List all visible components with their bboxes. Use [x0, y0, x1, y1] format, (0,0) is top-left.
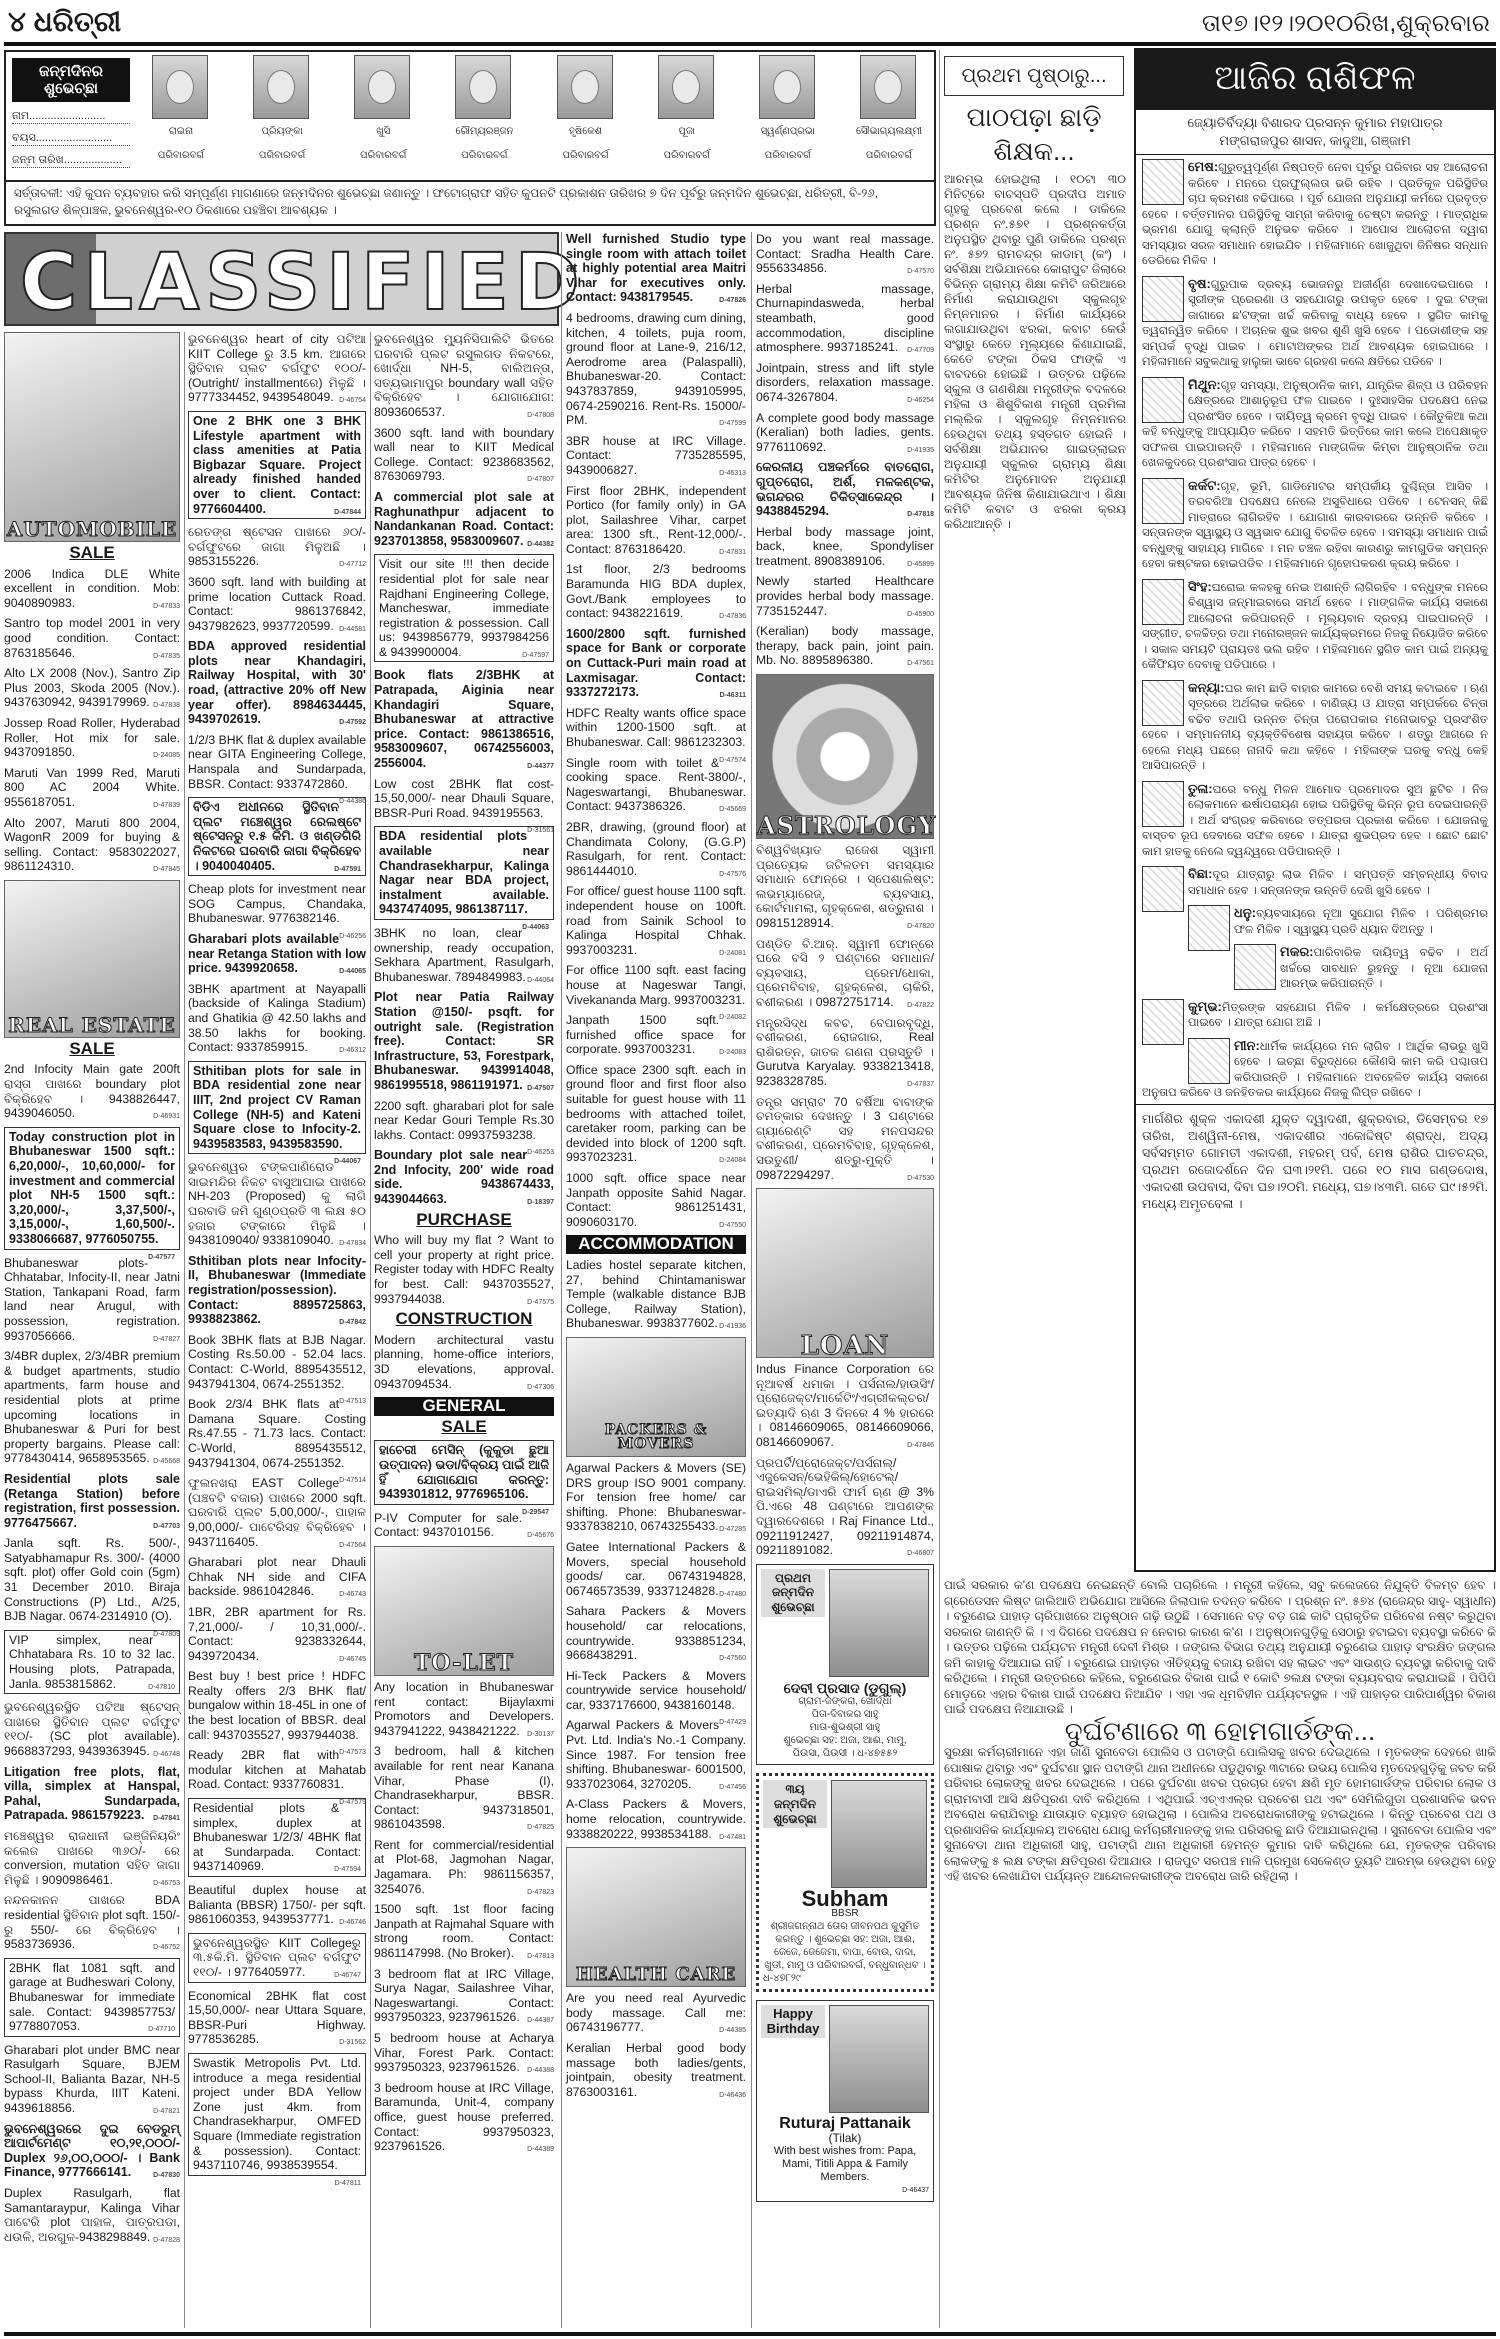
- ad-code: D-46312: [339, 1044, 366, 1059]
- ad-code: D-44065: [339, 965, 366, 980]
- ad-code: D-47592: [339, 716, 366, 731]
- classified-ad: Plot near Patia Railway Station @150/- p…: [374, 990, 554, 1092]
- classified-ad: Litigation free plots, flat, villa, simp…: [4, 1765, 180, 1823]
- ad-code: D-41935: [907, 444, 934, 459]
- classified-ad: Low cost 2BHK flat cost-15,50,000/- near…: [374, 777, 554, 821]
- zodiac-icon: [1188, 1038, 1230, 1084]
- ad-text: 1/2/3 BHK flat & duplex available near G…: [188, 733, 366, 791]
- ad-code: D-44386: [339, 795, 366, 810]
- ad-text: 3/4BR duplex, 2/3/4BR premium & budget a…: [4, 1349, 180, 1465]
- issue-date: ତା୧୭।୧୨।୨୦୧୦ରିଖ,ଶୁକ୍ରବାର: [1202, 10, 1490, 38]
- column-divider: [370, 332, 371, 2328]
- child-photo: [152, 55, 208, 119]
- wish-name: ଦେବୀ ପ୍ରସାଦ (ଡୁଗୁଲ୍): [761, 1681, 929, 1696]
- classified-ad: Sahara Packers & Movers household/ car r…: [566, 1604, 746, 1662]
- ad-code: D-24084: [719, 1154, 746, 1169]
- wish-line: ମାତା-ଶୁଭଶ୍ରୀ ସାହୁ: [761, 1721, 929, 1734]
- section-head-sale: SALE: [4, 546, 180, 561]
- ad-text: Best buy ! best price ! HDFC Realty offe…: [188, 1669, 366, 1741]
- child-card: ସୌଭାଗ୍ୟଲକ୍ଷ୍ମୀ ପରିବାରବର୍ଗ: [850, 52, 930, 180]
- column-divider: [939, 50, 940, 2328]
- ad-code: D-47835: [153, 650, 180, 665]
- ad-code: D-47836: [719, 610, 746, 625]
- ad-code: D-47709: [907, 344, 934, 359]
- ad-text: Janla sqft. Rs. 500/-, Satyabhamapur Rs.…: [4, 1536, 180, 1623]
- ad-code: D-46256: [339, 930, 366, 945]
- sign-text: ଘର କାମ ଛାଡି ବାହାର କାମରେ ବେଶି ସମୟ କଟାଇବେ …: [1142, 683, 1488, 773]
- ad-code: D-45669: [719, 803, 746, 818]
- classified-ad: 3/4BR duplex, 2/3/4BR premium & budget a…: [4, 1349, 180, 1466]
- child-name: ରାଇନା: [146, 126, 216, 137]
- ad-code: D-44385: [719, 2024, 746, 2039]
- ad-code: D-47507: [527, 1082, 554, 1097]
- classified-ad: ବିଶ୍ୱବିଖ୍ୟାତ ରାଜେଶ ସ୍ୱାମୀ ପ୍ରତ୍ୟେକ ଜଟିଳତ…: [756, 843, 934, 931]
- ad-code: D-47842: [339, 1316, 366, 1331]
- ad-code: D-24083: [719, 1046, 746, 1061]
- child-family: ପରିବାରବର୍ଗ: [854, 150, 924, 161]
- ad-code: D-47570: [907, 265, 934, 280]
- ad-text: Office space 2300 sqft. each in ground f…: [566, 1063, 746, 1165]
- ad-code: D-47820: [907, 920, 934, 935]
- classified-ad: 2BHK flat 1081 sqft. and garage at Budhe…: [4, 1958, 180, 2037]
- coupon-terms: ସର୍ତ୍ତାବଳୀ: ଏହି କୁପନ ବ୍ୟବହାର କରି ସମ୍ପୂର୍…: [4, 180, 936, 226]
- ad-code: D-47825: [527, 1821, 554, 1836]
- wish-line: (Tilak): [761, 2132, 929, 2145]
- classified-ad: Who will buy my flat ? Want to cell your…: [374, 1233, 554, 1306]
- classified-ad: ପଣ୍ଡିତ ବି.ଆର୍. ସ୍ୱାମୀ ଫୋନ୍‌ରେ ଘରେ ବସି ୨ …: [756, 937, 934, 1010]
- automobile-image: AUTOMOBILE: [4, 332, 180, 542]
- classified-ad: Agarwal Packers & Movers (SE) DRS group …: [566, 1461, 746, 1534]
- ad-text: ବିଶ୍ୱବିଖ୍ୟାତ ରାଜେଶ ସ୍ୱାମୀ ପ୍ରତ୍ୟେକ ଜଟିଳତ…: [756, 843, 934, 930]
- footer-divider: [4, 2332, 1496, 2336]
- ad-text: HDFC Realty wants office space within 12…: [566, 706, 746, 749]
- classified-ad: Jossep Road Roller, Hyderabad Roller, Ho…: [4, 716, 180, 760]
- horoscope-sign: ମୀନ:ଧାର୍ମିକ କାର୍ଯ୍ୟରେ ମନ ଲାଗିବ । ଆର୍ଥିକ …: [1136, 1034, 1494, 1104]
- birthday-wish-card: Happy Birthday Ruturaj Pattanaik (Tilak)…: [756, 2000, 934, 2202]
- horoscope-sign: ତୁଳା:ଘରେ ବନ୍ଧୁ ମିଳନ ଆମୋଦ ପ୍ରମୋଦର ସୁଅ ଛୁଟ…: [1136, 777, 1494, 863]
- classified-ad: 3600 sqft. land with building at prime l…: [188, 575, 366, 633]
- child-name: ପୂଜା: [652, 126, 722, 137]
- ad-code: D-47810: [148, 1681, 175, 1696]
- classified-ad: Newly started Healthcare provides herbal…: [756, 574, 934, 618]
- classified-column-3: ଭୁବନେଶ୍ୱର ମ୍ୟୁନିସିପାଲିଟି ଭିତରେ ଘରବାରି ପ୍…: [374, 332, 554, 2160]
- ad-text: 4 bedrooms, drawing cum dining, kitchen,…: [566, 311, 746, 427]
- panchang: ମାର୍ଗଶିର ଶୁକ୍ଳ ଏକାଦଶୀ ଯୁକ୍ତ ଦ୍ୱାଦଶୀ, ଶୁକ…: [1136, 1104, 1494, 1219]
- sign-name: ମେଷ:: [1188, 159, 1218, 174]
- child-photo: [557, 55, 613, 119]
- ad-text: 2200 sqft. gharabari plot for sale near …: [374, 1099, 554, 1142]
- ad-code: D-46311: [720, 689, 746, 704]
- horoscope-sign: କୁମ୍ଭ:ମିତ୍ରଙ୍କ ସହଯୋଗ ମିଳିବ । କର୍ମକ୍ଷେତ୍ର…: [1136, 995, 1494, 1034]
- section-head-general: GENERAL: [374, 1397, 554, 1416]
- horoscope-title: ଆଜିର ରାଶିଫଳ: [1134, 48, 1496, 108]
- ad-code: D-46753: [153, 1877, 180, 1892]
- ad-code: D-47807: [527, 473, 554, 488]
- child-family: ପରିବାରବର୍ଗ: [348, 150, 418, 161]
- birthday-wish-card: ୩ୟ ଜନ୍ମଦିନ ଶୁଭେଚ୍ଛା Subham BBSR ଶ୍ରୀଜଗନ୍…: [756, 1773, 934, 1992]
- classified-ad: ମନ୍ତ୍ରସିଦ୍ଧ କବଚ, ବେପାରବୃଦ୍ଧି, ବଶୀକରଣ, ରୋ…: [756, 1016, 934, 1089]
- ad-code: D-29547: [522, 1506, 549, 1521]
- zodiac-icon: [1142, 579, 1184, 625]
- ad-code: D-44389: [527, 2143, 554, 2158]
- ad-text: Hi-Teck Packers & Movers countrywide ser…: [566, 1669, 746, 1712]
- child-card: ହୃଷିକେଶ ପରିବାରବର୍ଗ: [547, 52, 627, 180]
- wish-line: BBSR: [763, 1907, 927, 1920]
- classified-ad: Visit our site !!! then decide residenti…: [374, 554, 554, 662]
- horoscope-sign: କର୍କଟ:ଗୃହ, ଭୂମି, ଗାଡିମୋଟର ସମ୍ପର୍କୀୟ ଦୁଶ୍…: [1136, 474, 1494, 575]
- ad-code: D-45899: [907, 558, 934, 573]
- classified-column-4: Well furnished Studio type single room w…: [566, 232, 746, 2105]
- classified-ad: ମଞ୍ଚେଶ୍ୱର ରାଜଧାନୀ ଇଞ୍ଜିନିୟରିଂ କଲେଜ ପାଖରେ…: [4, 1829, 180, 1887]
- ad-code: D-46754: [339, 394, 366, 409]
- sign-text: ମିତ୍ରଙ୍କ ସହଯୋଗ ମିଳିବ । କର୍ମକ୍ଷେତ୍ରରେ ପ୍ର…: [1188, 1002, 1488, 1030]
- ad-code: D-47560: [719, 1652, 746, 1667]
- classified-ad: ଭୁବନେଶ୍ୱର ଟଙ୍କପାଣିରୋଡ ସାଇମନ୍ଦିର ନିକଟ ବାସ…: [188, 1160, 366, 1248]
- classified-ad: ଭୁବନେଶ୍ୱରରେ ଦୁଇ ବେଡରୁମ୍ ଆପାର୍ଟମେଣ୍ଟ ୧୦,୨…: [4, 2122, 180, 2180]
- ad-code: D-47429: [719, 1716, 746, 1731]
- column-divider: [751, 232, 752, 2328]
- classified-ad: ଭୁବନେଶ୍ୱର heart of city ପଟିଆ KIIT Colleg…: [188, 332, 366, 405]
- ad-code: D-47844: [334, 506, 361, 521]
- classified-ad: 3BHK apartment at Nayapalli (backside of…: [188, 982, 366, 1055]
- ad-code: D-47712: [339, 558, 366, 573]
- ad-code: D-45668: [153, 1455, 180, 1470]
- zodiac-icon: [1142, 159, 1184, 205]
- ad-code: D-46745: [339, 1653, 366, 1668]
- ad-code: D-47481: [719, 1831, 746, 1846]
- sign-text: ଘରୋଇ କଳହକୁ ନେଇ ଅଶାନ୍ତି ଲାଗିରହିବ । ବନ୍ଧୁଙ…: [1142, 582, 1488, 672]
- ad-text: 3 bedroom, hall & kitchen available for …: [374, 1744, 554, 1831]
- horoscope-box: ଜ୍ୟୋତିର୍ବିଦ୍ୟା ବିଶାରଦ ପ୍ରସନ୍ନ କୁମାର ମହାପ…: [1134, 108, 1496, 1572]
- classified-ad: ତନ୍ତ୍ର ସମ୍ରାଟ 70 ବର୍ଷିଆ ବାବାଙ୍କ ଚମତ୍କାର …: [756, 1095, 934, 1183]
- classified-ad: 2200 sqft. gharabari plot for sale near …: [374, 1099, 554, 1143]
- wish-line: D-46437: [761, 2184, 929, 2197]
- ad-code: D-47576: [719, 868, 746, 883]
- ad-code: D-46746: [339, 1916, 366, 1931]
- horoscope-author: ଜ୍ୟୋତିର୍ବିଦ୍ୟା ବିଶାରଦ ପ୍ରସନ୍ନ କୁମାର ମହାପ…: [1136, 110, 1494, 155]
- classified-ad: Herbal body massage joint, back, knee, S…: [756, 525, 934, 569]
- sign-text: ଗୁରୁପାକ ଦ୍ରବ୍ୟ ଭୋଜନରୁ ଅଜୀର୍ଣ୍ଣ ଦେଖାଦେଇପା…: [1142, 279, 1488, 369]
- classified-ad: ହାଚେରୀ ମେସିନ୍ (କୁକୁଡା ଛୁଆ ଉତ୍ପାଦନ) ଭଡା/ବ…: [374, 1440, 554, 1504]
- ad-text: ଭୁବନେଶ୍ୱର ମ୍ୟୁନିସିପାଲିଟି ଭିତରେ ଘରବାରି ପ୍…: [374, 332, 554, 419]
- child-name: ଖୁସି: [348, 126, 418, 137]
- classified-ad: 1/2/3 BHK flat & duplex available near G…: [188, 733, 366, 791]
- ad-code: D-47811: [335, 2177, 361, 2192]
- ad-code: D-44581: [339, 623, 366, 638]
- classified-ad: A-Class Packers & Movers, home relocatio…: [566, 1797, 746, 1841]
- birthday-coupon-title: ଜନ୍ମଦିନର ଶୁଭେଚ୍ଛା: [12, 58, 130, 102]
- coupon-name-field: ନାମ.........................: [12, 110, 130, 124]
- classified-ad: Cheap plots for investment near SOG Camp…: [188, 882, 366, 926]
- child-card: ଖୁସି ପରିବାରବର୍ଗ: [344, 52, 424, 180]
- ad-code: D-31562: [339, 2036, 366, 2051]
- loan-label: LOAN: [757, 1339, 933, 1354]
- ad-code: D-47828: [153, 2234, 180, 2249]
- classified-ad: A commercial plot sale at Raghunathpur a…: [374, 490, 554, 548]
- classified-ad: 1600/2800 sqft. furnished space for Bank…: [566, 627, 746, 700]
- wish-line: ପିଉସା, ପିଉସୀ । ଧ-୪୭୫୫୨: [761, 1747, 929, 1760]
- wish-line: ଶୁଭେଚ୍ଛା ସହ: ଅଜା, ଆଈ, ମାମୁ,: [761, 1734, 929, 1747]
- ad-text: Book flats 2/3BHK at Patrapada, Aiginia …: [374, 668, 554, 770]
- child-name: ପ୍ରିୟଙ୍କା: [247, 126, 317, 137]
- wish-tag: ପ୍ରଥମ ଜନ୍ମଦିନ ଶୁଭେଚ୍ଛା: [761, 1569, 825, 1617]
- classified-ad: Economical 2BHK flat cost 15,50,000/- ne…: [188, 1989, 366, 2047]
- classified-ad: Alto LX 2008 (Nov.), Santro Zip Plus 200…: [4, 666, 180, 710]
- ad-text: Indus Finance Corporation ରେ ନୂଆବର୍ଷ ଧମା…: [756, 1362, 934, 1449]
- ad-code: D-47573: [339, 1746, 366, 1761]
- ad-code: D-47306: [527, 1381, 554, 1396]
- ad-text: ପ୍ରପର୍ଟି/ପ୍ରୋଜେକ୍ଟ/ପର୍ସନାଲ୍/ ଏଜୁକେସନ୍/ଭେ…: [756, 1456, 934, 1558]
- ad-text: BDA approved residential plots near Khan…: [188, 639, 366, 726]
- zodiac-icon: [1188, 905, 1230, 951]
- classified-ad: Book flats 2/3BHK at Patrapada, Aiginia …: [374, 668, 554, 770]
- child-photo: [759, 55, 815, 119]
- ad-text: ଭୁବନେଶ୍ୱର ଟଙ୍କପାଣିରୋଡ ସାଇମନ୍ଦିର ନିକଟ ବାସ…: [188, 1160, 366, 1247]
- classified-ad: Janla sqft. Rs. 500/-, Satyabhamapur Rs.…: [4, 1536, 180, 1624]
- loan-image: LOAN: [756, 1188, 934, 1358]
- front-page-continued-label: ପ୍ରଥମ ପୃଷ୍ଠାରୁ...: [944, 56, 1124, 96]
- classified-ad: Are you need real Ayurvedic body massage…: [566, 1991, 746, 2035]
- news-story: ସୁରକ୍ଷା କର୍ମଚାରୀମାନେ ଏହା ଜାଣି ସୁନାବେଡା ପ…: [944, 1745, 1496, 1885]
- child-photo: [455, 55, 511, 119]
- author-location: ମଙ୍ଗରାଜପୁର ଶାସନ, କାଦୁଆ, ଗଞ୍ଜାମ: [1140, 132, 1490, 150]
- classified-ad: Santro top model 2001 in very good condi…: [4, 616, 180, 660]
- sign-name: ଧନୁ:: [1234, 905, 1256, 920]
- child-family: ପରିବାରବର୍ଗ: [652, 150, 722, 161]
- ad-text: Bhubaneswar plots- Chhatabar, Infocity-I…: [4, 1256, 180, 1343]
- ad-code: D-47846: [907, 1439, 934, 1454]
- ad-code: D-46748: [153, 1748, 180, 1763]
- classified-ad: For office/ guest house 1100 sqft. indep…: [566, 884, 746, 957]
- sign-text: ଗୃହ ସମସ୍ୟା, ଅନୁଷ୍ଠାନିକ କାମ, ଯାନ୍ତ୍ରିକ ଶି…: [1142, 380, 1488, 470]
- ad-code: D-44067: [334, 1155, 361, 1170]
- classified-ad: Sthitiban plots for sale in BDA resident…: [188, 1061, 366, 1155]
- ad-code: D-47808: [527, 409, 554, 424]
- sign-name: ବିଛା:: [1188, 866, 1212, 881]
- classified-ad: Jointpain, stress and lift style disorde…: [756, 361, 934, 405]
- classified-ad: Gatee International Packers & Movers, sp…: [566, 1540, 746, 1598]
- section-head-construction: CONSTRUCTION: [374, 1312, 554, 1327]
- ad-code: D-47561: [907, 657, 934, 672]
- astrology-label: ASTROLOGY: [757, 819, 933, 834]
- ad-code: D-47574: [719, 754, 746, 769]
- child-photo: [253, 55, 309, 119]
- ad-code: D-47837: [907, 1078, 934, 1093]
- classified-ad: First floor 2BHK, independent Portico (f…: [566, 484, 746, 557]
- classified-ad: Swastik Metropolis Pvt. Ltd. introduce a…: [188, 2053, 366, 2176]
- to-let-image: TO-LET: [374, 1546, 554, 1676]
- classified-ad: HDFC Realty wants office space within 12…: [566, 706, 746, 750]
- ad-code: D-47575: [527, 1296, 554, 1311]
- ad-code: D-47833: [153, 600, 180, 615]
- ad-code: D-46747: [334, 1969, 361, 1984]
- ad-text: Sthitiban plots for sale in BDA resident…: [193, 1064, 361, 1151]
- ad-code: D-47818: [907, 508, 934, 523]
- classified-ad: Do you want real massage. Contact: Sradh…: [756, 232, 934, 276]
- to-let-label: TO-LET: [375, 1656, 553, 1671]
- classified-ad: Gharabari plot under BMC near Rasulgarh …: [4, 2043, 180, 2116]
- ad-code: D-31561: [527, 824, 554, 839]
- ad-code: D-46436: [719, 2089, 746, 2104]
- classified-ad: 3BR house at IRC Village. Contact: 77352…: [566, 434, 746, 478]
- zodiac-icon: [1142, 478, 1184, 524]
- ad-text: Book 3BHK flats at BJB Nagar. Costing Rs…: [188, 1333, 366, 1391]
- sign-name: କନ୍ୟା:: [1188, 680, 1225, 695]
- wish-name: Ruturaj Pattanaik: [761, 2117, 929, 2132]
- real-estate-image: REAL ESTATE: [4, 880, 180, 1038]
- ad-code: D-46254: [907, 394, 934, 409]
- zodiac-icon: [1142, 781, 1184, 827]
- sign-text: ଗୁରୁତ୍ୱପୂର୍ଣ୍ଣ ନିଷ୍ପତ୍ତି ନେବା ପୂର୍ବରୁ ପର…: [1142, 162, 1488, 267]
- child-family: ପରିବାରବର୍ଗ: [449, 150, 519, 161]
- horoscope-sign: କନ୍ୟା:ଘର କାମ ଛାଡି ବାହାର କାମରେ ବେଶି ସମୟ କ…: [1136, 676, 1494, 777]
- front-page-continued-body: ଆରମ୍ଭ ହୋଇଥିଲା । ୧୦ଟା ୩୦ ମିନିଟ୍‌ରେ ବାଚସ୍ପ…: [944, 172, 1126, 532]
- child-card: ପ୍ରିୟଙ୍କା ପରିବାରବର୍ଗ: [243, 52, 323, 180]
- ad-code: D-46253: [527, 1146, 554, 1161]
- ad-code: D-47830: [153, 2169, 180, 2184]
- ad-code: D-47513: [339, 1395, 366, 1410]
- classified-ad: Agarwal Packers & Movers Pvt. Ltd. India…: [566, 1718, 746, 1791]
- ad-code: D-47285: [719, 1523, 746, 1538]
- classified-ad: Modern architectural vastu planning, hom…: [374, 1333, 554, 1391]
- section-head-sale: SALE: [374, 1420, 554, 1435]
- child-family: ପରିବାରବର୍ଗ: [247, 150, 317, 161]
- ad-code: D-46313: [719, 467, 746, 482]
- wish-photo: [829, 2005, 929, 2113]
- ad-code: D-47813: [527, 1950, 554, 1965]
- ad-code: D-24081: [719, 947, 746, 962]
- classified-ad: 1500 sqft. 1st floor facing Janpath at R…: [374, 1902, 554, 1960]
- child-name: ହୃଷିକେଶ: [551, 126, 621, 137]
- ad-code: D-47597: [522, 649, 549, 664]
- page-number-label: ୪ ଧରିତ୍ରୀ: [8, 6, 121, 39]
- ad-code: D-46807: [907, 1547, 934, 1562]
- astrology-image: ASTROLOGY: [756, 674, 934, 839]
- section-head-purchase: PURCHASE: [374, 1213, 554, 1228]
- horoscope-sign: ମେଷ:ଗୁରୁତ୍ୱପୂର୍ଣ୍ଣ ନିଷ୍ପତ୍ତି ନେବା ପୂର୍ବର…: [1136, 155, 1494, 272]
- sign-text: ଗୃହ, ଭୂମି, ଗାଡିମୋଟର ସମ୍ପର୍କୀୟ ଦୁଶ୍ଚିନ୍ତା…: [1142, 481, 1488, 571]
- classified-ad: Well furnished Studio type single room w…: [566, 232, 746, 305]
- wish-tag: Happy Birthday: [761, 2005, 825, 2038]
- ad-text: BDA residential plots available near Cha…: [379, 829, 549, 916]
- news-continued-text: ପାଇଁ ସରକାର କ'ଣ ପଦକ୍ଷେପ ନେଇଛନ୍ତି ବୋଲି ପଚା…: [944, 1578, 1496, 1718]
- sign-name: ମିଥୁନ:: [1188, 377, 1221, 392]
- ad-text: ତନ୍ତ୍ର ସମ୍ରାଟ 70 ବର୍ଷିଆ ବାବାଙ୍କ ଚମତ୍କାର …: [756, 1095, 934, 1182]
- child-name: ରୌମ୍ୟରଞ୍ଜନ: [449, 126, 519, 137]
- child-name: ସ୍ୱର୍ଣ୍ଣପ୍ରଭା: [753, 126, 823, 137]
- horoscope-sign: ବିଛା:ଦୂର ଯାତ୍ରାରୁ ଲାଭ ମିଳିବ । ସମ୍ପତ୍ତି ସ…: [1136, 862, 1494, 901]
- classified-ad: Residential plots sale (Retanga Station)…: [4, 1472, 180, 1530]
- ad-code: D-18397: [527, 1196, 554, 1211]
- packers-movers-label: PACKERS & MOVERS: [567, 1423, 745, 1452]
- classified-ad: 3 bedroom house at IRC Village, Baramund…: [374, 2081, 554, 2154]
- ad-code: D-47827: [153, 1333, 180, 1348]
- header-divider: [4, 42, 1496, 46]
- front-page-continued-headline: ପାଠପଢ଼ା ଛାଡ଼ି ଶିକ୍ଷକ...: [944, 100, 1124, 168]
- classified-ad: Beautiful duplex house at Balianta (BBSR…: [188, 1883, 366, 1927]
- classified-ad: ରେତଙ୍ଗ ଷ୍ଟେସନ ପାଖରେ ୬୦/- ବର୍ଗଫୁଟରେ ଜାଗା …: [188, 525, 366, 569]
- ad-code: D-47826: [719, 294, 746, 309]
- zodiac-icon: [1142, 377, 1184, 423]
- classified-ad: Gharabari plot near Dhauli Chhak NH side…: [188, 1555, 366, 1599]
- news-article: ପାଇଁ ସରକାର କ'ଣ ପଦକ୍ଷେପ ନେଇଛନ୍ତି ବୋଲି ପଚା…: [944, 1578, 1496, 1885]
- ad-code: D-47550: [719, 1219, 746, 1234]
- wish-photo: [829, 1569, 929, 1677]
- classified-ad: Boundary plot sale near 2nd Infocity, 20…: [374, 1148, 554, 1206]
- ad-code: D-30137: [527, 1728, 554, 1743]
- child-photo: [354, 55, 410, 119]
- sign-name: ସିଂହ:: [1188, 579, 1212, 594]
- classified-ad: Sthitiban plots near Infocity-II, Bhuban…: [188, 1254, 366, 1327]
- column-divider: [561, 232, 562, 2328]
- author-name: ଜ୍ୟୋତିର୍ବିଦ୍ୟା ବିଶାରଦ ପ୍ରସନ୍ନ କୁମାର ମହାପ…: [1140, 114, 1490, 132]
- classified-ad: କେରଳୀୟ ପଞ୍ଚକର୍ମରେ ବାତରୋଗ, ଗୁପ୍ତରୋଗ, ଅର୍ଶ…: [756, 460, 934, 518]
- classified-column-1: AUTOMOBILE SALE 2006 Indica DLE White ex…: [4, 332, 180, 2250]
- ad-text: Swastik Metropolis Pvt. Ltd. introduce a…: [193, 2056, 361, 2172]
- ad-code: D-47480: [719, 1588, 746, 1603]
- classified-ad: ନନ୍ଦନକାନନ ପାଖରେ BDA residential ସ୍ଥିତିବା…: [4, 1893, 180, 1951]
- ad-code: D-47579: [339, 1796, 366, 1811]
- classified-banner: CLASSIFIED: [4, 232, 559, 326]
- ad-code: D-44063: [522, 921, 549, 936]
- classified-ad: 3 bedroom flat at IRC Village, Surya Nag…: [374, 1967, 554, 2025]
- classified-ad: 1000 sqft. office space near Janpath opp…: [566, 1171, 746, 1229]
- classified-ad: 3 bedroom, hall & kitchen available for …: [374, 1744, 554, 1832]
- column-divider: [184, 332, 185, 2328]
- child-card: ସ୍ୱର୍ଣ୍ଣପ୍ରଭା ପରିବାରବର୍ଗ: [749, 52, 829, 180]
- child-card: ରୌମ୍ୟରଞ୍ଜନ ପରିବାରବର୍ଗ: [445, 52, 525, 180]
- classified-column-5: Do you want real massage. Contact: Sradh…: [756, 232, 934, 2210]
- child-photo: [658, 55, 714, 119]
- ad-code: D-45676: [527, 1529, 554, 1544]
- classified-ad: ଭୁବନେଶ୍ୱର ମ୍ୟୁନିସିପାଲିଟି ଭିତରେ ଘରବାରି ପ୍…: [374, 332, 554, 420]
- packers-movers-image: PACKERS & MOVERS: [566, 1337, 746, 1457]
- ad-text: One 2 BHK one 3 BHK Lifestyle apartment …: [193, 414, 361, 516]
- ad-code: D-47710: [148, 2023, 175, 2038]
- automobile-label: AUTOMOBILE: [5, 522, 179, 537]
- classified-ad: BDA approved residential plots near Khan…: [188, 639, 366, 727]
- classified-ad: 1st floor, 2/3 bedrooms Baramunda HIG BD…: [566, 562, 746, 620]
- sign-name: ମକର:: [1280, 944, 1314, 959]
- section-head-sale: SALE: [4, 1042, 180, 1057]
- classified-ad: A complete good body massage (Keralian) …: [756, 411, 934, 455]
- birthday-wish-card: ପ୍ରଥମ ଜନ୍ମଦିନ ଶୁଭେଚ୍ଛା ଦେବୀ ପ୍ରସାଦ (ଡୁଗୁ…: [756, 1564, 934, 1766]
- classified-ad: Maruti Van 1999 Red, Maruti 800 AC 2004 …: [4, 766, 180, 810]
- ad-code: D-47834: [339, 1237, 366, 1252]
- zodiac-icon: [1142, 999, 1184, 1045]
- ad-text: Cheap plots for investment near SOG Camp…: [188, 882, 366, 925]
- horoscope-sign: ସିଂହ:ଘରୋଇ କଳହକୁ ନେଇ ଅଶାନ୍ତି ଲାଗିରହିବ । ବ…: [1136, 575, 1494, 676]
- horoscope-sign: ମିଥୁନ:ଗୃହ ସମସ୍ୟା, ଅନୁଷ୍ଠାନିକ କାମ, ଯାନ୍ତ୍…: [1136, 373, 1494, 474]
- ad-code: D-47838: [153, 699, 180, 714]
- zodiac-icon: [1142, 680, 1184, 726]
- child-family: ପରିବାରବର୍ଗ: [146, 150, 216, 161]
- classified-ad: ଭୁବନେଶ୍ୱରସ୍ଥିତ ପଟିଆ ଷ୍ଟେସନ୍ ପାଖରେ ସ୍ଥିତି…: [4, 1700, 180, 1758]
- horoscope-sign: ବୃଷ:ଗୁରୁପାକ ଦ୍ରବ୍ୟ ଭୋଜନରୁ ଅଜୀର୍ଣ୍ଣ ଦେଖାଦ…: [1136, 272, 1494, 373]
- classified-ad: BDA residential plots available near Cha…: [374, 826, 554, 920]
- classified-ad: Janpath 1500 sqft. furnished office spac…: [566, 1013, 746, 1057]
- coupon-age-field: ବୟସ.........................: [12, 132, 130, 146]
- classified-ad: Rent for commercial/residential at Plot-…: [374, 1838, 554, 1896]
- classified-ad: (Keralian) body massage, therapy, back p…: [756, 624, 934, 668]
- classified-ad: Indus Finance Corporation ରେ ନୂଆବର୍ଷ ଧମା…: [756, 1362, 934, 1450]
- wish-line: ପିତା-ଦିବାକର ସାହୁ: [761, 1708, 929, 1721]
- ad-text: Plot near Patia Railway Station @150/- p…: [374, 990, 554, 1092]
- classified-ad: Book 3BHK flats at BJB Nagar. Costing Rs…: [188, 1333, 366, 1391]
- ad-code: D-45900: [907, 608, 934, 623]
- health-care-image: HEALTH CARE: [566, 1847, 746, 1987]
- classified-ad: 2006 Indica DLE White excellent in condi…: [4, 567, 180, 611]
